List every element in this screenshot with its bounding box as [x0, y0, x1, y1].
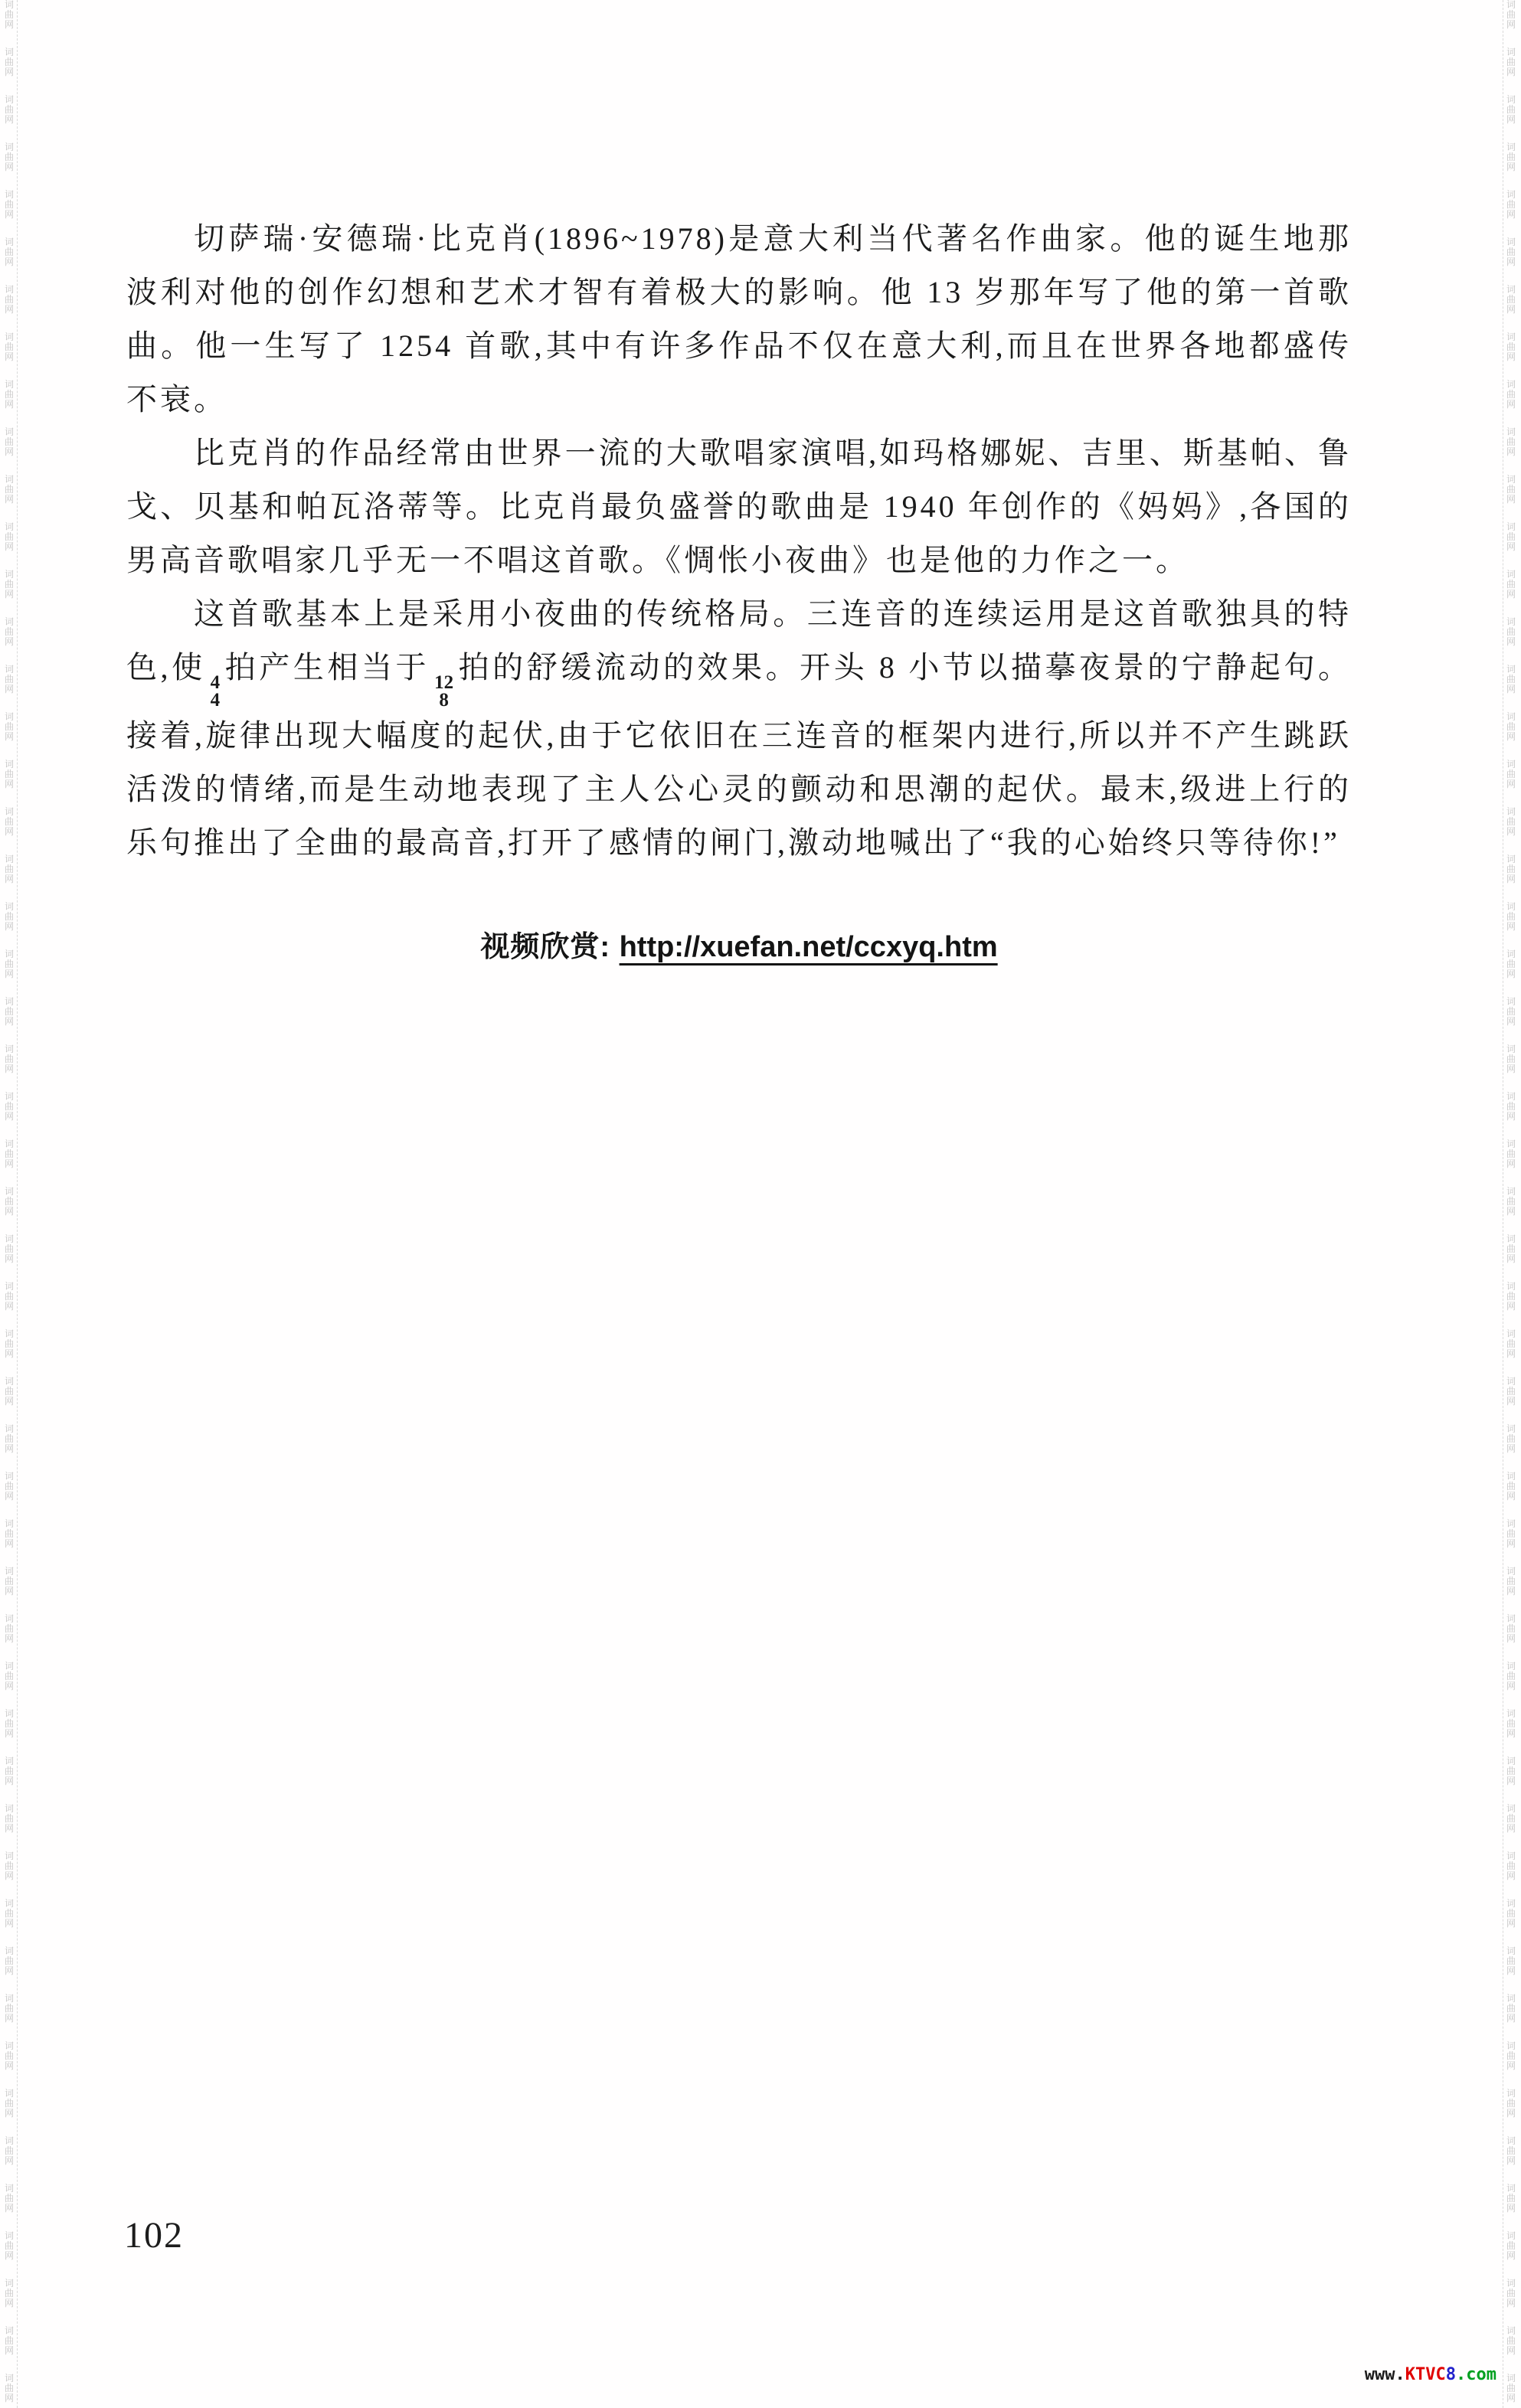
side-watermark-text: 词曲网 [2, 2279, 16, 2308]
side-watermark-text: 词曲网 [1504, 1092, 1518, 1122]
side-watermark-text: 词曲网 [2, 1567, 16, 1596]
right-dashed-rule [1503, 0, 1503, 2408]
side-watermark-text: 词曲网 [1504, 2279, 1518, 2308]
side-watermark-text: 词曲网 [2, 1519, 16, 1549]
side-watermark-text: 词曲网 [1504, 1567, 1518, 1596]
article-text: 切萨瑞·安德瑞·比克肖(1896~1978)是意大利当代著名作曲家。他的诞生地那… [126, 212, 1352, 965]
side-watermark-text: 词曲网 [2, 190, 16, 220]
side-watermark-text: 词曲网 [2, 1234, 16, 1264]
side-watermark-text: 词曲网 [1504, 2374, 1518, 2403]
side-watermark-text: 词曲网 [2, 237, 16, 267]
side-watermark-text: 词曲网 [1504, 2184, 1518, 2214]
site-watermark-www: www. [1365, 2365, 1405, 2384]
side-watermark-text: 词曲网 [2, 949, 16, 979]
site-watermark-ktvc: KTVC [1405, 2365, 1446, 2384]
time-signature-denominator: 8 [439, 691, 449, 709]
side-watermark-text: 词曲网 [1504, 1139, 1518, 1169]
side-watermark-text: 词曲网 [1504, 1614, 1518, 1644]
side-watermark-text: 词曲网 [1504, 427, 1518, 457]
side-watermark-text: 词曲网 [1504, 760, 1518, 789]
side-watermark-text: 词曲网 [2, 427, 16, 457]
time-signature-denominator: 4 [211, 691, 221, 709]
side-watermark-text: 词曲网 [2, 570, 16, 600]
side-watermark-text: 词曲网 [1504, 1424, 1518, 1454]
side-watermark-text: 词曲网 [2, 1614, 16, 1644]
side-watermark-text: 词曲网 [2, 1946, 16, 1976]
side-watermark-text: 词曲网 [2, 1899, 16, 1929]
side-watermark-text: 词曲网 [2, 1092, 16, 1122]
side-watermark-text: 词曲网 [2, 95, 16, 125]
site-watermark: www.KTVC8.com [1365, 2365, 1496, 2385]
side-watermark-text: 词曲网 [2, 1044, 16, 1074]
side-watermark-text: 词曲网 [1504, 1329, 1518, 1359]
side-watermark-text: 词曲网 [1504, 380, 1518, 410]
side-watermark-text: 词曲网 [2, 47, 16, 77]
side-watermark-text: 词曲网 [2, 0, 16, 30]
time-signature-numerator: 12 [434, 674, 453, 691]
side-watermark-text: 词曲网 [1504, 522, 1518, 552]
side-watermark-text: 词曲网 [2, 1187, 16, 1217]
side-watermark-text: 词曲网 [2, 1804, 16, 1834]
video-label: 视频欣赏: [480, 931, 610, 963]
side-watermark-text: 词曲网 [2, 1424, 16, 1454]
side-watermark-text: 词曲网 [2, 760, 16, 789]
paragraph-composer-bio: 切萨瑞·安德瑞·比克肖(1896~1978)是意大利当代著名作曲家。他的诞生地那… [126, 212, 1352, 426]
side-watermark-text: 词曲网 [2, 1377, 16, 1407]
side-watermark-text: 词曲网 [1504, 1519, 1518, 1549]
side-watermark-text: 词曲网 [2, 1282, 16, 1312]
side-watermark-text: 词曲网 [2, 1661, 16, 1691]
side-watermark-text: 词曲网 [1504, 997, 1518, 1027]
video-link-line: 视频欣赏: http://xuefan.net/ccxyq.htm [126, 930, 1352, 965]
side-watermark-text: 词曲网 [2, 332, 16, 362]
side-watermark-text: 词曲网 [1504, 617, 1518, 647]
side-watermark-text: 词曲网 [1504, 854, 1518, 884]
side-watermark-text: 词曲网 [1504, 285, 1518, 315]
side-watermark-text: 词曲网 [1504, 0, 1518, 30]
side-watermark-text: 词曲网 [1504, 237, 1518, 267]
side-watermark-text: 词曲网 [2, 1851, 16, 1881]
page-number: 102 [124, 2216, 184, 2256]
side-watermark-text: 词曲网 [1504, 332, 1518, 362]
paragraph-song-analysis: 这首歌基本上是采用小夜曲的传统格局。三连音的连续运用是这首歌独具的特色,使44拍… [126, 587, 1352, 870]
side-watermark-text: 词曲网 [1504, 1282, 1518, 1312]
side-watermark-text: 词曲网 [2, 475, 16, 505]
side-watermark-text: 词曲网 [2, 1994, 16, 2024]
side-watermark-text: 词曲网 [1504, 2231, 1518, 2261]
side-watermark-text: 词曲网 [1504, 190, 1518, 220]
side-watermark-text: 词曲网 [1504, 807, 1518, 837]
side-watermark-text: 词曲网 [1504, 1377, 1518, 1407]
time-signature-4-4-icon: 44 [211, 674, 221, 709]
site-watermark-com: .com [1456, 2365, 1496, 2384]
side-watermark-text: 词曲网 [1504, 1472, 1518, 1501]
side-watermark-text: 词曲网 [2, 2041, 16, 2071]
side-watermark-text: 词曲网 [2, 997, 16, 1027]
side-watermark-text: 词曲网 [1504, 2089, 1518, 2119]
side-watermark-text: 词曲网 [1504, 665, 1518, 694]
site-watermark-8: 8 [1446, 2365, 1456, 2384]
analysis-text-2: 拍产生相当于 [224, 650, 430, 684]
side-watermark-text: 词曲网 [1504, 1994, 1518, 2024]
side-watermark-text: 词曲网 [2, 2231, 16, 2261]
side-watermark-text: 词曲网 [1504, 95, 1518, 125]
side-watermark-text: 词曲网 [2, 665, 16, 694]
side-watermark-text: 词曲网 [2, 2089, 16, 2119]
side-watermark-text: 词曲网 [2, 2136, 16, 2166]
side-watermark-text: 词曲网 [2, 1709, 16, 1739]
side-watermark-text: 词曲网 [1504, 1661, 1518, 1691]
side-watermark-text: 词曲网 [2, 142, 16, 172]
side-watermark-text: 词曲网 [1504, 1804, 1518, 1834]
side-watermark-text: 词曲网 [1504, 570, 1518, 600]
side-watermark-text: 词曲网 [1504, 1756, 1518, 1786]
left-dashed-rule [17, 0, 18, 2408]
side-watermark-text: 词曲网 [1504, 47, 1518, 77]
time-signature-numerator: 4 [211, 674, 221, 691]
side-watermark-text: 词曲网 [2, 285, 16, 315]
side-watermark-text: 词曲网 [1504, 1899, 1518, 1929]
side-watermark-text: 词曲网 [2, 854, 16, 884]
side-watermark-text: 词曲网 [2, 712, 16, 742]
side-watermark-text: 词曲网 [2, 1139, 16, 1169]
side-watermark-text: 词曲网 [2, 1472, 16, 1501]
side-watermark-text: 词曲网 [1504, 712, 1518, 742]
side-watermark-text: 词曲网 [1504, 2326, 1518, 2356]
side-watermark-text: 词曲网 [1504, 2041, 1518, 2071]
scanned-page: 词曲网词曲网词曲网词曲网词曲网词曲网词曲网词曲网词曲网词曲网词曲网词曲网词曲网词… [0, 0, 1521, 2408]
side-watermark-text: 词曲网 [2, 2184, 16, 2214]
side-watermark-text: 词曲网 [1504, 142, 1518, 172]
right-watermark-column: 词曲网词曲网词曲网词曲网词曲网词曲网词曲网词曲网词曲网词曲网词曲网词曲网词曲网词… [1504, 0, 1518, 2408]
side-watermark-text: 词曲网 [2, 1329, 16, 1359]
side-watermark-text: 词曲网 [1504, 1044, 1518, 1074]
side-watermark-text: 词曲网 [2, 2374, 16, 2403]
side-watermark-text: 词曲网 [1504, 949, 1518, 979]
side-watermark-text: 词曲网 [1504, 1946, 1518, 1976]
side-watermark-text: 词曲网 [2, 1756, 16, 1786]
side-watermark-text: 词曲网 [2, 617, 16, 647]
side-watermark-text: 词曲网 [2, 522, 16, 552]
side-watermark-text: 词曲网 [1504, 1187, 1518, 1217]
side-watermark-text: 词曲网 [1504, 902, 1518, 932]
side-watermark-text: 词曲网 [1504, 1709, 1518, 1739]
side-watermark-text: 词曲网 [2, 2326, 16, 2356]
left-watermark-column: 词曲网词曲网词曲网词曲网词曲网词曲网词曲网词曲网词曲网词曲网词曲网词曲网词曲网词… [2, 0, 16, 2408]
side-watermark-text: 词曲网 [2, 807, 16, 837]
side-watermark-text: 词曲网 [2, 902, 16, 932]
side-watermark-text: 词曲网 [2, 380, 16, 410]
side-watermark-text: 词曲网 [1504, 475, 1518, 505]
paragraph-famous-works: 比克肖的作品经常由世界一流的大歌唱家演唱,如玛格娜妮、吉里、斯基帕、鲁戈、贝基和… [126, 426, 1352, 587]
video-url-link[interactable]: http://xuefan.net/ccxyq.htm [620, 931, 998, 963]
side-watermark-text: 词曲网 [1504, 2136, 1518, 2166]
side-watermark-text: 词曲网 [1504, 1851, 1518, 1881]
side-watermark-text: 词曲网 [1504, 1234, 1518, 1264]
time-signature-12-8-icon: 128 [434, 674, 453, 709]
